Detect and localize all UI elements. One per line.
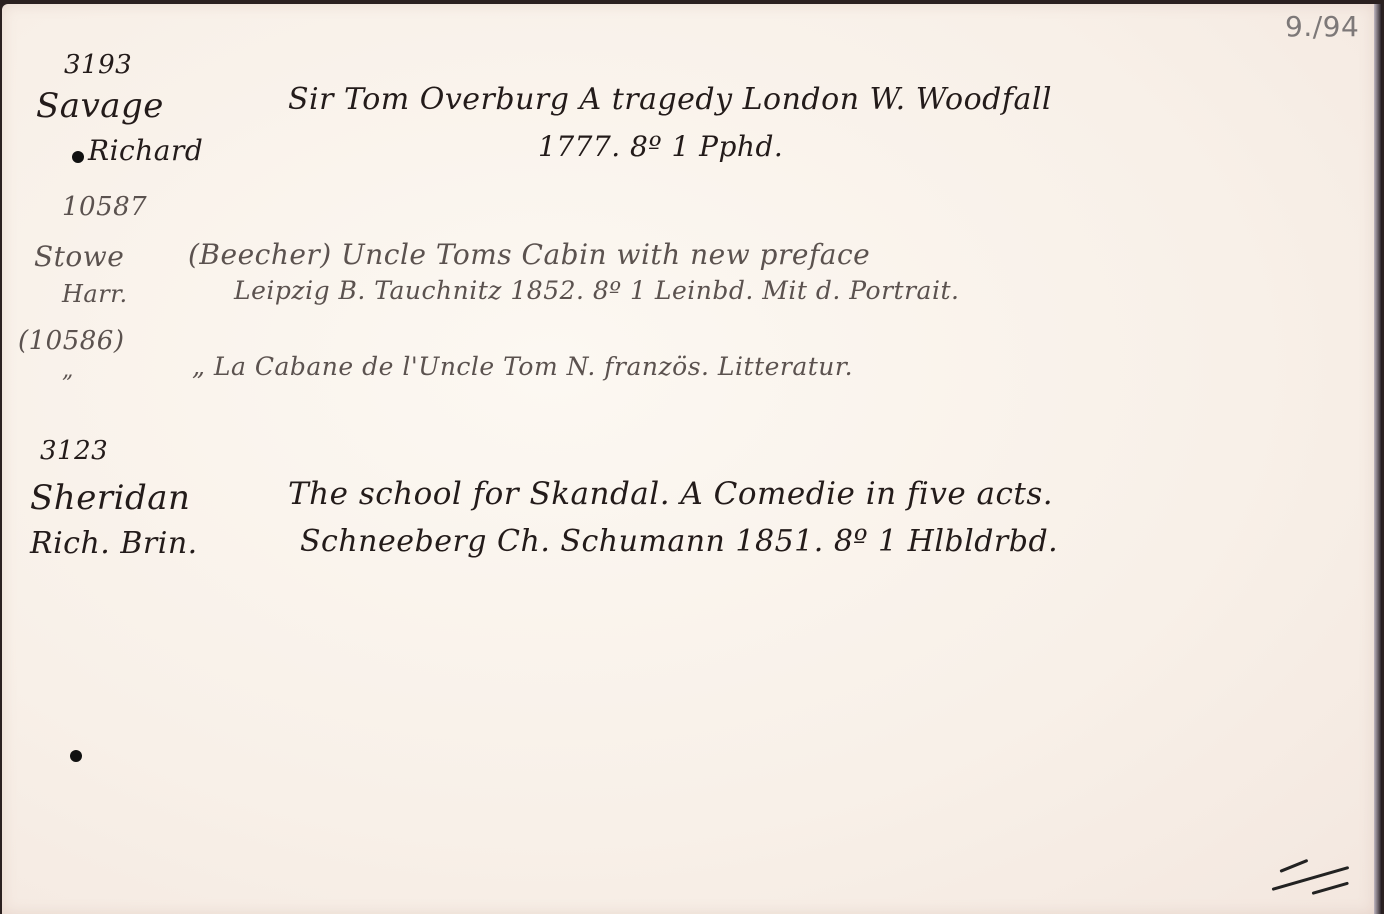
title-line: „ La Cabane de l'Uncle Tom N. französ. L… — [192, 352, 853, 381]
title-line: The school for Skandal. A Comedie in fiv… — [288, 476, 1053, 512]
entry-number: 3193 — [64, 50, 132, 80]
entry-number: 10587 — [62, 192, 147, 222]
author-surname: Stowe — [34, 240, 124, 273]
punch-hole-dot — [70, 750, 82, 762]
title-line: (Beecher) Uncle Toms Cabin with new pref… — [188, 238, 870, 271]
title-line: Sir Tom Overburg A tragedy London W. Woo… — [288, 82, 1052, 117]
catalog-card: 9./94 3193 Savage Sir Tom Overburg A tra… — [2, 4, 1374, 914]
shelf-mark: 9./94 — [1285, 10, 1359, 43]
entry-number: (10586) — [18, 326, 125, 356]
punch-hole-dot — [72, 151, 84, 163]
entry-number: 3123 — [40, 436, 108, 466]
author-surname: Sheridan — [30, 478, 190, 518]
imprint-line: Schneeberg Ch. Schumann 1851. 8º 1 Hlbld… — [300, 524, 1058, 559]
author-forename: Rich. Brin. — [30, 526, 198, 561]
author-forename: Richard — [88, 134, 203, 167]
ditto-mark: „ — [62, 358, 74, 383]
author-surname: Savage — [36, 86, 164, 126]
imprint-line: Leipzig B. Tauchnitz 1852. 8º 1 Leinbd. … — [234, 276, 959, 305]
imprint-line: 1777. 8º 1 Pphd. — [538, 130, 783, 163]
author-forename: Harr. — [62, 280, 128, 308]
